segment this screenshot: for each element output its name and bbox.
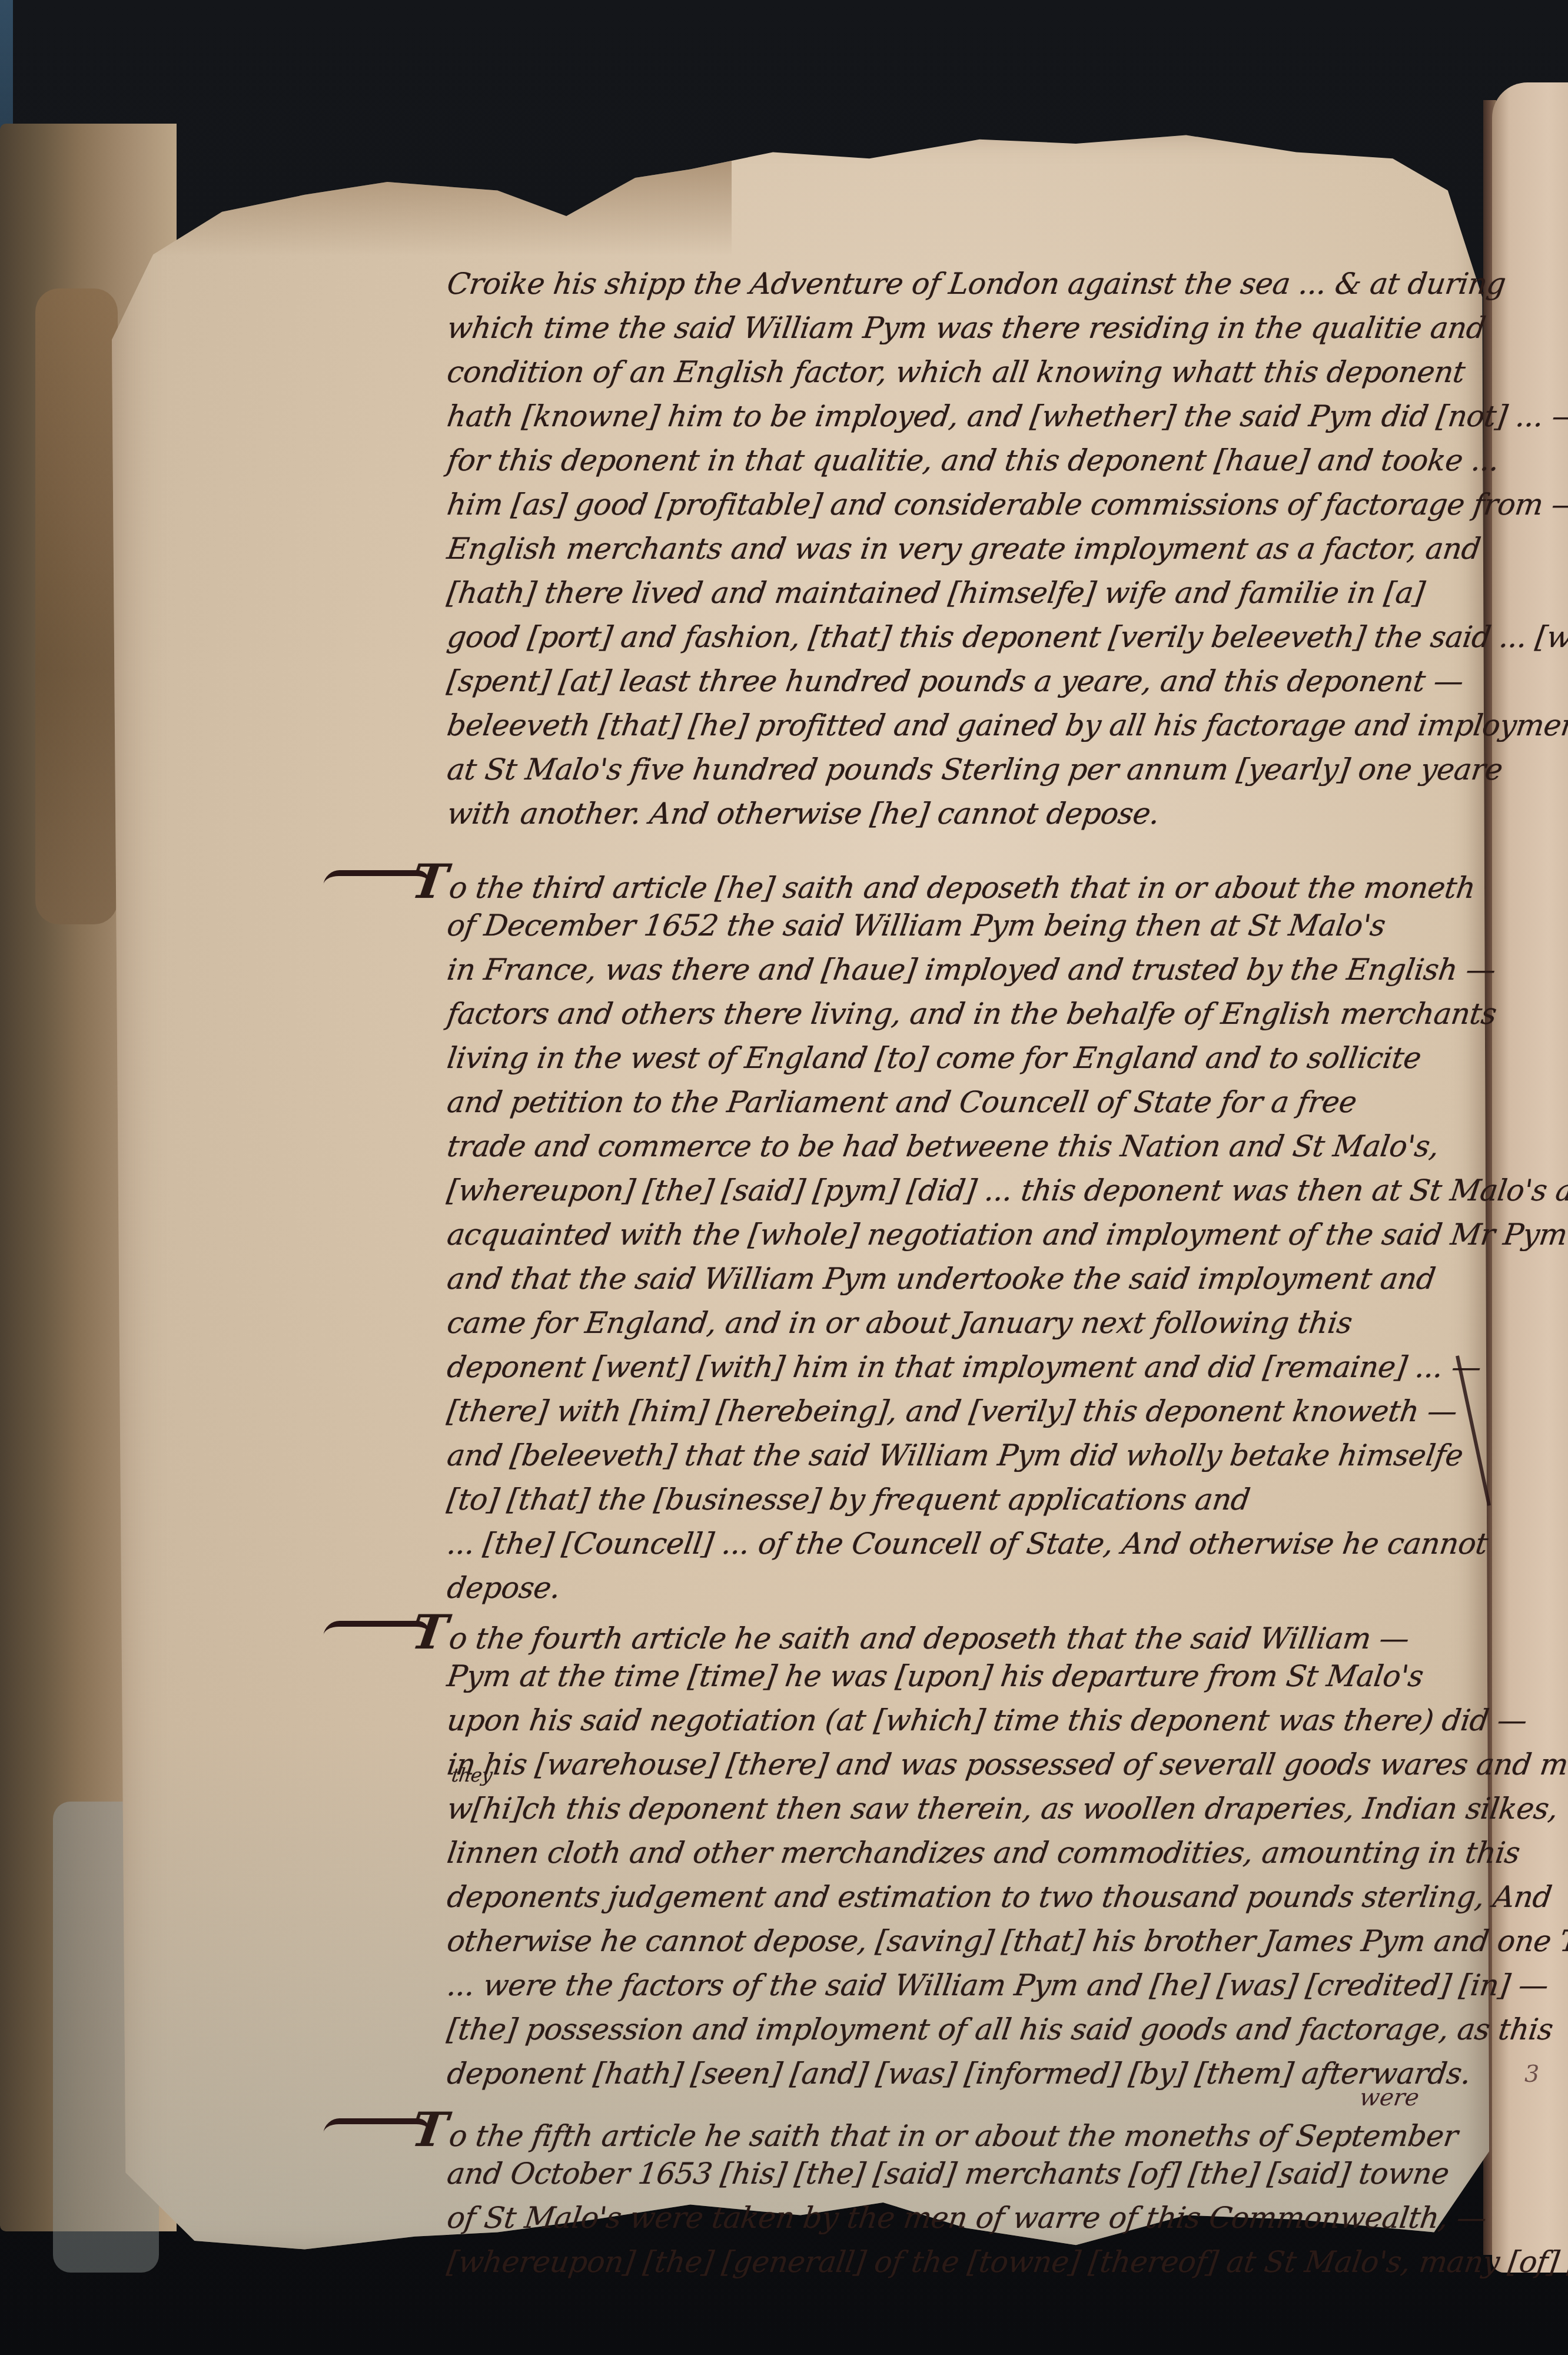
text-line: otherwise he cannot depose, [saving] [th… (444, 1919, 1504, 1963)
text-line: ... [the] [Councell] ... of the Councell… (444, 1522, 1504, 1566)
text-line: and that the said William Pym undertooke… (444, 1257, 1504, 1301)
text-line-first: T o the fifth article he saith that in o… (409, 2108, 1504, 2152)
text-line: trade and commerce to be had betweene th… (444, 1125, 1504, 1169)
text-line: [whereupon] [the] [said] [pym] [did] ...… (444, 1169, 1504, 1213)
text-line: Pym at the time [time] he was [upon] his… (444, 1654, 1504, 1699)
text-line: him [as] good [profitable] and considera… (444, 483, 1504, 527)
photograph-scene: 3 Croike his shipp the Adventure of Lond… (0, 0, 1568, 2355)
text-line: upon his said negotiation (at [which] ti… (444, 1699, 1504, 1743)
text-line: acquainted with the [whole] negotiation … (444, 1213, 1504, 1257)
text-line: came for England, and in or about Januar… (444, 1301, 1504, 1345)
text-line: in France, was there and [haue] imployed… (444, 948, 1504, 992)
text-line: w[hi]ch this deponent then saw therein, … (444, 1787, 1504, 1831)
text-line: [hath] there lived and maintained [himse… (444, 571, 1504, 615)
text-line: [to] [that] the [businesse] by frequent … (444, 1478, 1504, 1522)
manuscript-text: Croike his shipp the Adventure of London… (447, 262, 1501, 2284)
text-line: factors and others there living, and in … (444, 992, 1504, 1036)
flourish-icon (323, 1621, 431, 1635)
text-line: deponent [hath] [seen] [and] [was] [info… (444, 2052, 1504, 2096)
facing-page-fragment: 3 (1524, 2061, 1539, 2088)
article-initial: T (409, 860, 450, 904)
binding-stain (35, 288, 118, 924)
text-line: theyin his [warehouse] [there] and was p… (444, 1743, 1504, 1787)
text-line: [whereupon] [the] [generall] of the [tow… (444, 2240, 1504, 2284)
text-line: deponent [went] [with] him in that implo… (444, 1345, 1504, 1389)
paragraph-fifth-article: T o the fifth article he saith that in o… (447, 2108, 1501, 2284)
text-line: deponents judgement and estimation to tw… (444, 1875, 1504, 1919)
flourish-icon (323, 2118, 431, 2132)
text-line: [spent] [at] least three hundred pounds … (444, 659, 1504, 704)
text-line: [the] possession and imployment of all h… (444, 2008, 1504, 2052)
flourish-icon (323, 870, 431, 884)
page-grime (112, 127, 732, 256)
text-line-first: T o the third article [he] saith and dep… (409, 860, 1504, 904)
text-line: at St Malo's five hundred pounds Sterlin… (444, 748, 1504, 792)
text-line: depose. (444, 1566, 1504, 1610)
text-line: English merchants and was in very greate… (444, 527, 1504, 571)
text-line: and petition to the Parliament and Counc… (444, 1080, 1504, 1125)
text-line: and October 1653 [his] [the] [said] merc… (444, 2152, 1504, 2196)
text-line: for this deponent in that qualitie, and … (444, 439, 1504, 483)
paragraph-fourth-article: T o the fourth article he saith and depo… (447, 1610, 1501, 2096)
text-line: linnen cloth and other merchandizes and … (444, 1831, 1504, 1875)
article-initial: T (409, 2108, 450, 2152)
text-line: of St Malo's were taken by the men of wa… (444, 2196, 1504, 2240)
text-line-first: T o the fourth article he saith and depo… (409, 1610, 1504, 1654)
text-line: which time the said William Pym was ther… (444, 306, 1504, 350)
paragraph-third-article: T o the third article [he] saith and dep… (447, 860, 1501, 1610)
text-line: of December 1652 the said William Pym be… (444, 904, 1504, 948)
text-line: Croike his shipp the Adventure of London… (444, 262, 1504, 306)
paragraph-continuation: Croike his shipp the Adventure of London… (447, 262, 1501, 836)
text-line: living in the west of England [to] come … (444, 1036, 1504, 1080)
text-line: ... were the factors of the said William… (444, 1963, 1504, 2008)
text-line: hath [knowne] him to be imployed, and [w… (444, 394, 1504, 439)
text-line: [there] with [him] [herebeing], and [ver… (444, 1389, 1504, 1434)
text-line: good [port] and fashion, [that] this dep… (444, 615, 1504, 659)
text-line: and [beleeveth] that the said William Py… (444, 1434, 1504, 1478)
text-line: condition of an English factor, which al… (444, 350, 1504, 394)
article-initial: T (409, 1610, 450, 1654)
catchword: were (1358, 2084, 1421, 2111)
text-line: with another. And otherwise [he] cannot … (444, 792, 1504, 836)
text-line: beleeveth [that] [he] profitted and gain… (444, 704, 1504, 748)
